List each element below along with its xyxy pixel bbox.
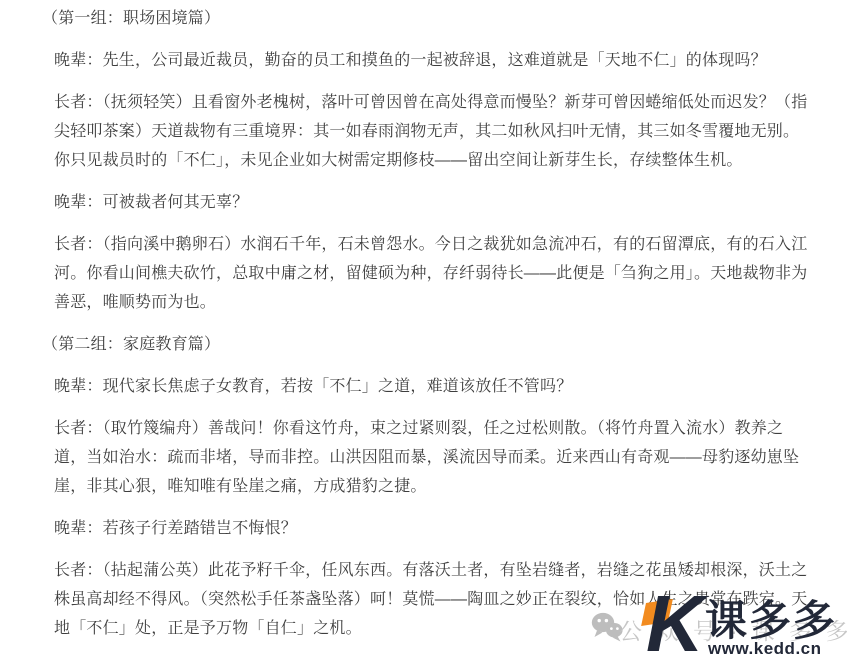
dialogue-elder-answer-2: 长者：（指向溪中鹅卵石）水润石千年，石未曾怨水。今日之裁犹如急流冲石，有的石留潭…: [54, 230, 810, 317]
document-body: （第一组：职场困境篇） 晚辈：先生，公司最近裁员，勤奋的员工和摸鱼的一起被辞退，…: [0, 4, 847, 643]
dialogue-junior-question-2: 晚辈：可被裁者何其无辜？: [54, 188, 810, 217]
group-title-1: （第一组：职场困境篇）: [42, 4, 810, 33]
dialogue-elder-answer-3: 长者：（取竹篾编舟）善哉问！你看这竹舟，束之过紧则裂，任之过松则散。（将竹舟置入…: [54, 414, 810, 501]
group-title-2: （第二组：家庭教育篇）: [42, 330, 810, 359]
dialogue-junior-question-3: 晚辈：现代家长焦虑子女教育，若按「不仁」之道，难道该放任不管吗？: [54, 372, 810, 401]
dialogue-elder-answer-1: 长者：（抚须轻笑）且看窗外老槐树，落叶可曾因曾在高处得意而慢坠？新芽可曾因蜷缩低…: [54, 88, 810, 175]
dialogue-junior-question-4: 晚辈：若孩子行差踏错岂不悔恨？: [54, 514, 810, 543]
dialogue-elder-answer-4: 长者：（拈起蒲公英）此花予籽千伞，任风东西。有落沃土者，有坠岩缝者，岩缝之花虽矮…: [54, 556, 810, 643]
dialogue-junior-question-1: 晚辈：先生，公司最近裁员，勤奋的员工和摸鱼的一起被辞退，这难道就是「天地不仁」的…: [54, 46, 810, 75]
